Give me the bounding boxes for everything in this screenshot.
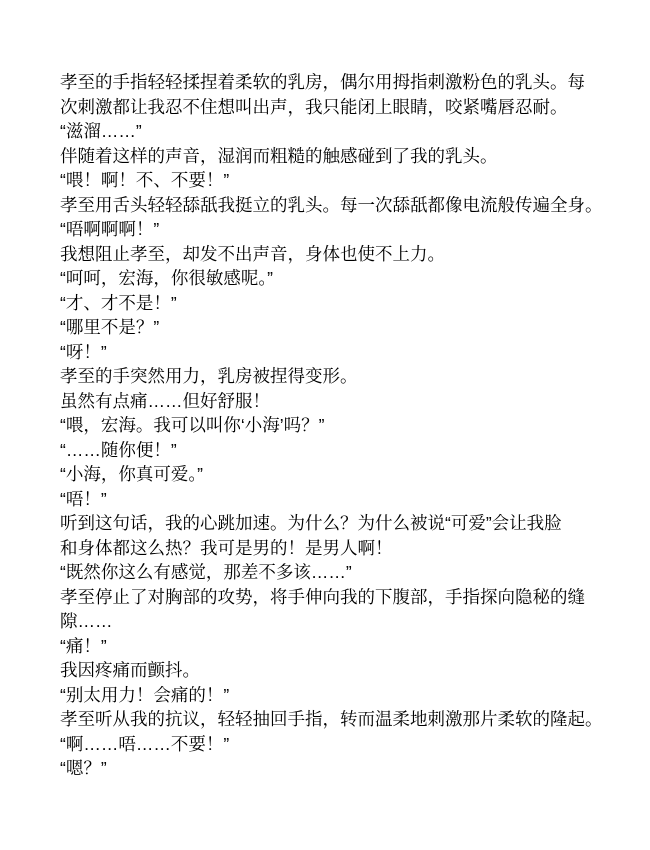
text-line: “哪里不是？” — [60, 315, 608, 340]
text-line: 孝至的手指轻轻揉捏着柔软的乳房，偶尔用拇指刺激粉色的乳头。每 — [60, 70, 608, 95]
ebook-page: 孝至的手指轻轻揉捏着柔软的乳房，偶尔用拇指刺激粉色的乳头。每次刺激都让我忍不住想… — [0, 0, 650, 850]
text-line: 隙…… — [60, 609, 608, 634]
text-line: “别太用力！会痛的！” — [60, 683, 608, 708]
text-line: “啊……唔……不要！” — [60, 732, 608, 757]
text-line: 我想阻止孝至，却发不出声音，身体也使不上力。 — [60, 242, 608, 267]
text-line: “才、才不是！” — [60, 291, 608, 316]
text-line: 我因疼痛而颤抖。 — [60, 658, 608, 683]
text-line: “小海，你真可爱。” — [60, 462, 608, 487]
text-line: “滋溜……” — [60, 119, 608, 144]
text-line: 虽然有点痛……但好舒服！ — [60, 389, 608, 414]
text-line: 伴随着这样的声音，湿润而粗糙的触感碰到了我的乳头。 — [60, 144, 608, 169]
novel-text-block: 孝至的手指轻轻揉捏着柔软的乳房，偶尔用拇指刺激粉色的乳头。每次刺激都让我忍不住想… — [60, 70, 608, 781]
text-line: “唔！” — [60, 487, 608, 512]
text-line: “呀！” — [60, 340, 608, 365]
text-line: “……随你便！” — [60, 438, 608, 463]
text-line: “痛！” — [60, 634, 608, 659]
text-line: 听到这句话，我的心跳加速。为什么？为什么被说“可爱”会让我脸 — [60, 511, 608, 536]
text-line: “喂，宏海。我可以叫你‘小海’吗？” — [60, 413, 608, 438]
text-line: 次刺激都让我忍不住想叫出声，我只能闭上眼睛，咬紧嘴唇忍耐。 — [60, 95, 608, 120]
text-line: “唔啊啊啊！” — [60, 217, 608, 242]
text-line: 孝至停止了对胸部的攻势，将手伸向我的下腹部，手指探向隐秘的缝 — [60, 585, 608, 610]
text-line: 孝至用舌头轻轻舔舐我挺立的乳头。每一次舔舐都像电流般传遍全身。 — [60, 193, 608, 218]
text-line: “喂！啊！不、不要！” — [60, 168, 608, 193]
text-line: “既然你这么有感觉，那差不多该……” — [60, 560, 608, 585]
text-line: 孝至的手突然用力，乳房被捏得变形。 — [60, 364, 608, 389]
text-line: 和身体都这么热？我可是男的！是男人啊！ — [60, 536, 608, 561]
text-line: “呵呵，宏海，你很敏感呢。” — [60, 266, 608, 291]
text-line: 孝至听从我的抗议，轻轻抽回手指，转而温柔地刺激那片柔软的隆起。 — [60, 707, 608, 732]
text-line: “嗯？” — [60, 756, 608, 781]
